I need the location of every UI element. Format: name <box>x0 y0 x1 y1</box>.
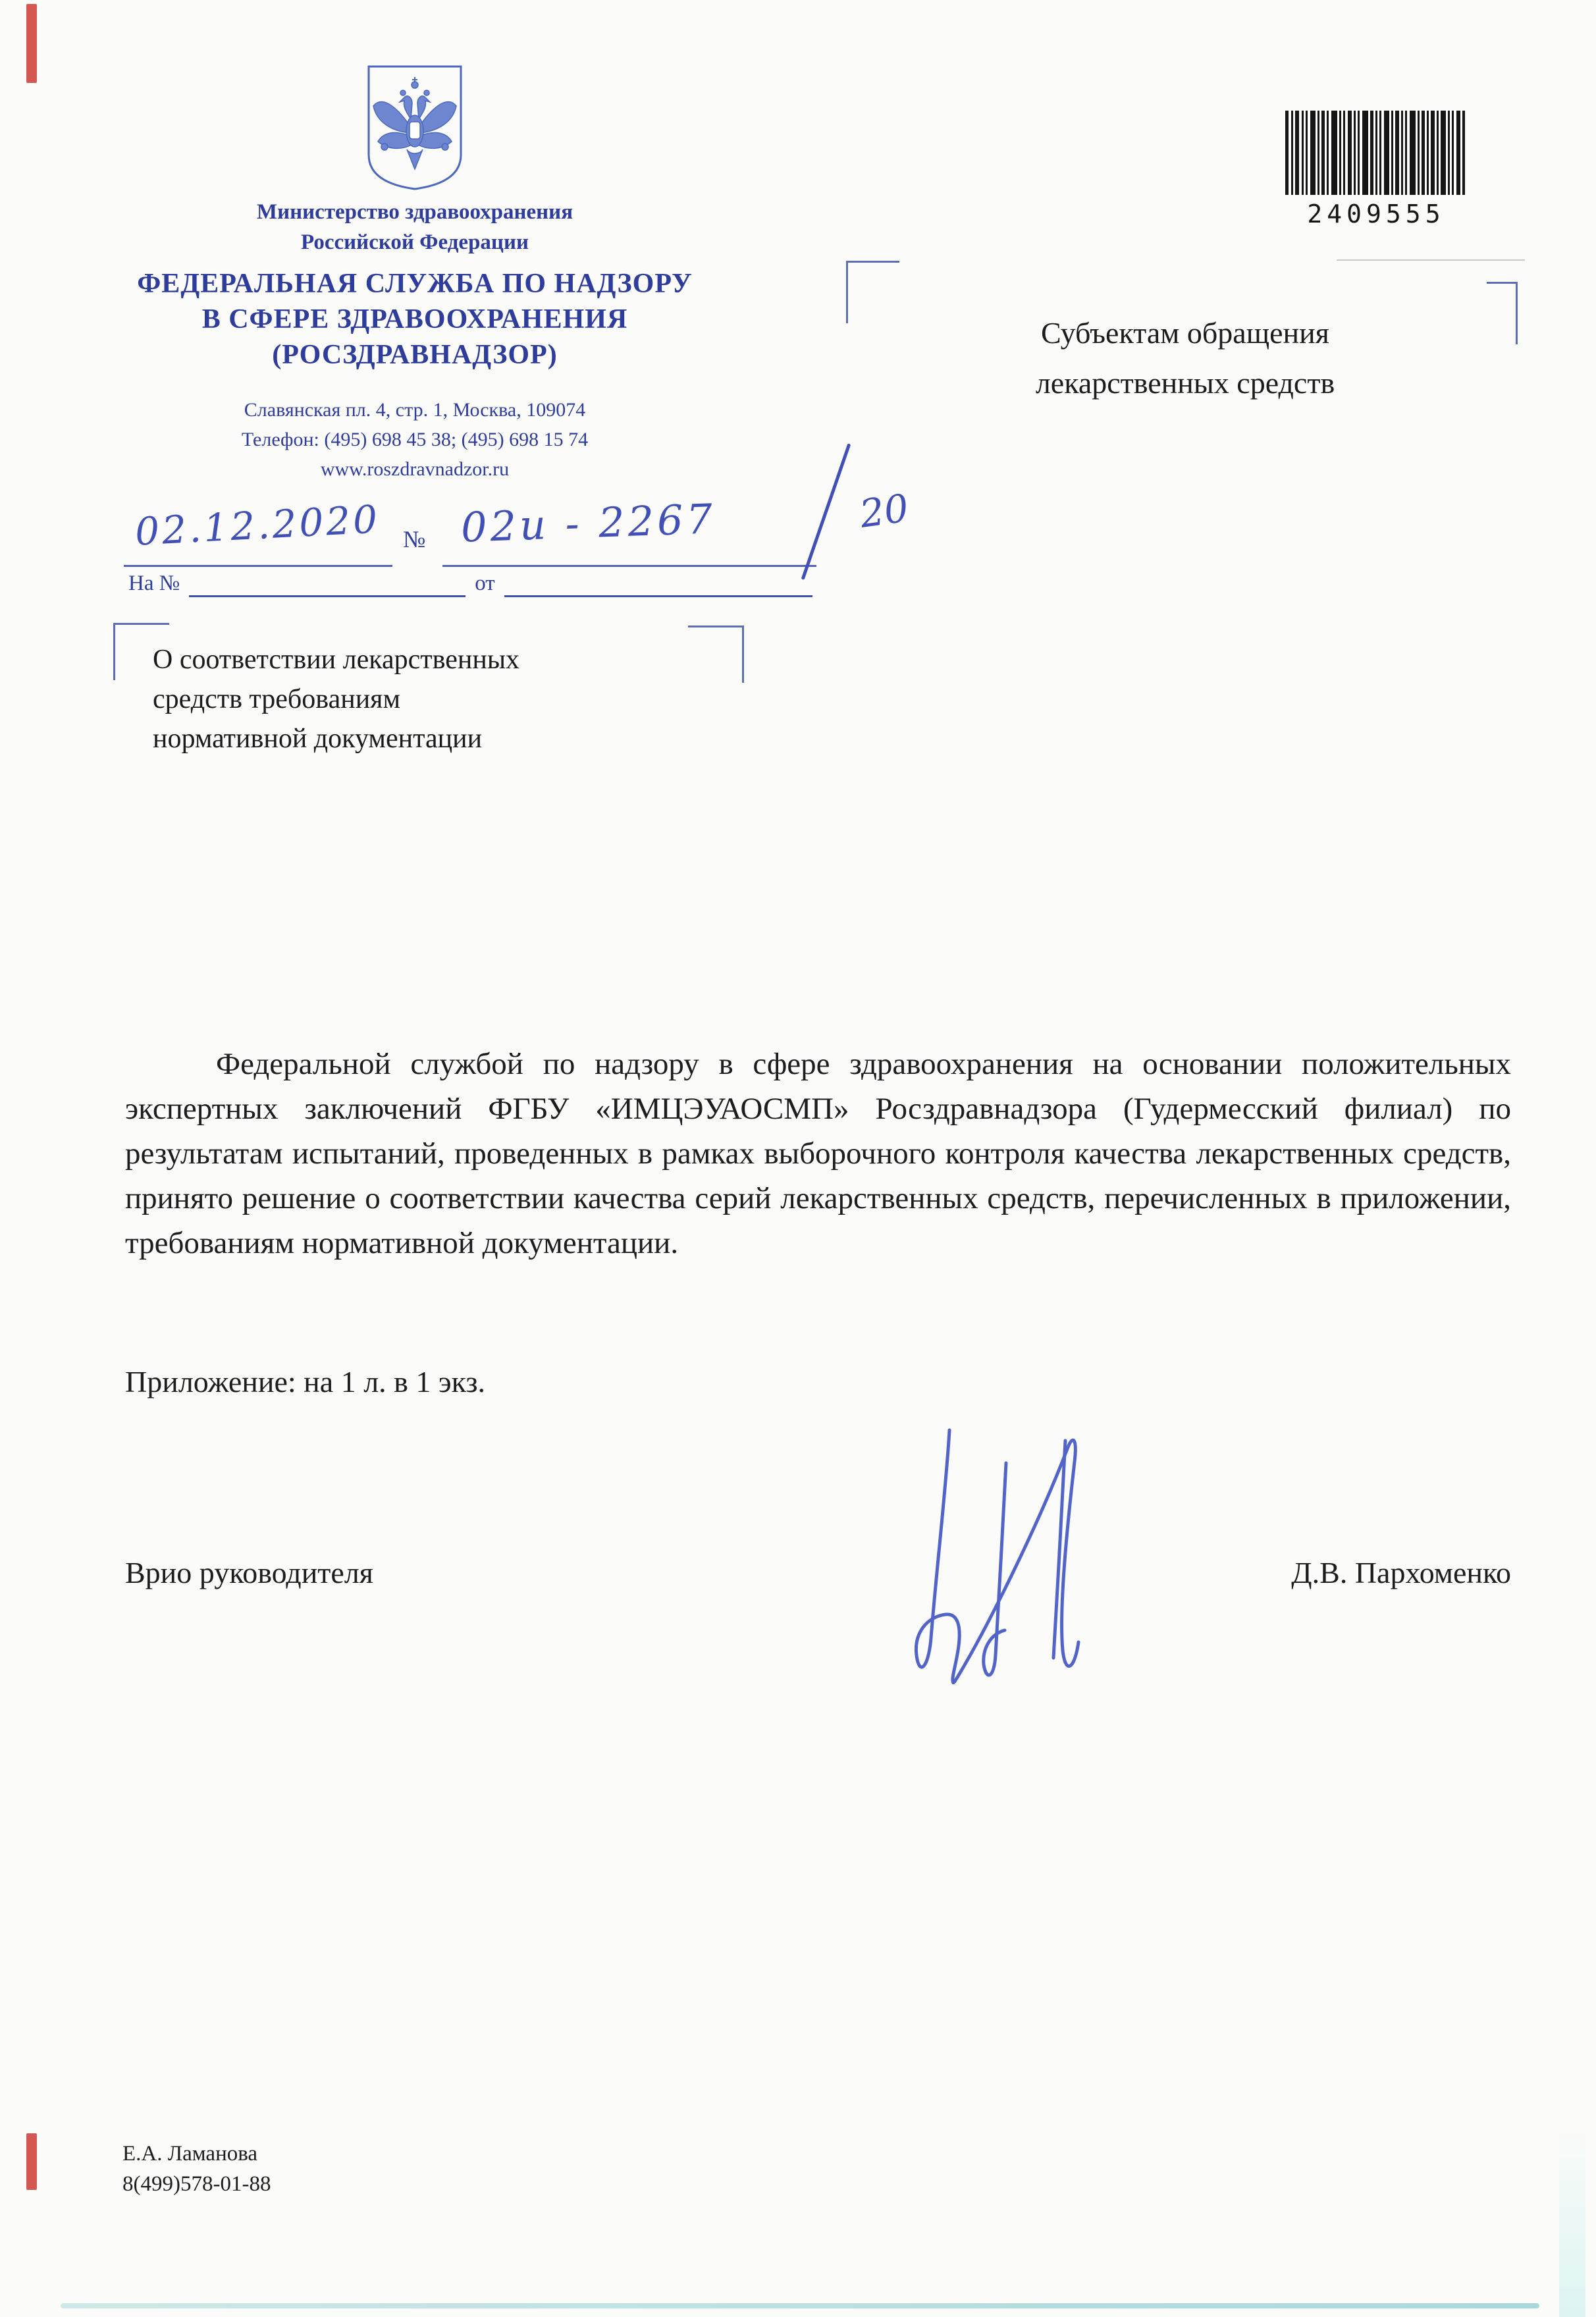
ministry-name-line2: Российской Федерации <box>125 229 705 255</box>
reply-date-blank <box>504 570 812 597</box>
handwritten-number: 02и - 2267 <box>460 494 716 551</box>
body-paragraph: Федеральной службой по надзору в сфере з… <box>125 1042 1511 1265</box>
reply-number-label: На № <box>128 572 180 597</box>
coat-of-arms-icon <box>362 63 467 195</box>
red-edge-mark-bottom <box>26 2133 37 2190</box>
signature-scribble <box>909 1421 1126 1688</box>
phone-numbers: Телефон: (495) 698 45 38; (495) 698 15 7… <box>125 425 705 454</box>
reply-number-blank <box>189 570 465 597</box>
subject-line3: нормативной документации <box>153 719 686 759</box>
executor-name: Е.А. Ламанова <box>122 2139 271 2169</box>
letterhead: Министерство здравоохранения Российской … <box>125 63 705 484</box>
addressee-line1: Субъектам обращения <box>968 308 1402 358</box>
ministry-name-line1: Министерство здравоохранения <box>125 199 705 225</box>
addressee-block: Субъектам обращения лекарственных средст… <box>968 308 1402 408</box>
reply-from-label: от <box>475 572 495 597</box>
faint-scan-line <box>1337 259 1525 261</box>
attachment-note: Приложение: на 1 л. в 1 экз. <box>125 1364 485 1399</box>
handwritten-number-suffix: 20 <box>857 485 912 537</box>
signer-name: Д.В. Пархоменко <box>1235 1555 1511 1590</box>
postal-address: Славянская пл. 4, стр. 1, Москва, 109074 <box>125 395 705 425</box>
service-name-line1: ФЕДЕРАЛЬНАЯ СЛУЖБА ПО НАДЗОРУ <box>125 266 705 302</box>
subject-block: О соответствии лекарственных средств тре… <box>153 640 686 759</box>
service-name-line2: В СФЕРЕ ЗДРАВООХРАНЕНИЯ <box>125 302 705 337</box>
addressee-corner-left <box>846 261 899 323</box>
red-edge-mark-top <box>26 4 37 83</box>
handwritten-date: 02.12.2020 <box>134 496 381 554</box>
handwritten-slash <box>801 443 851 580</box>
addressee-corner-right <box>1487 282 1518 344</box>
service-name-line3: (РОСЗДРАВНАДЗОР) <box>125 337 705 373</box>
addressee-line2: лекарственных средств <box>968 358 1402 408</box>
subject-line2: средств требованиям <box>153 679 686 719</box>
date-underline <box>124 565 392 567</box>
number-underline <box>442 565 816 567</box>
subject-line1: О соответствии лекарственных <box>153 640 686 679</box>
reply-reference-line: На № от <box>128 570 822 597</box>
barcode: 2409555 <box>1285 111 1467 228</box>
barcode-bars <box>1285 111 1467 195</box>
number-sign: № <box>403 525 425 553</box>
right-edge-scan-band <box>1559 2120 1585 2317</box>
executor-block: Е.А. Ламанова 8(499)578-01-88 <box>122 2139 271 2199</box>
bottom-scan-line <box>61 2303 1539 2308</box>
barcode-number: 2409555 <box>1285 200 1467 228</box>
subject-corner-right <box>688 626 744 683</box>
executor-phone: 8(499)578-01-88 <box>122 2169 271 2199</box>
signer-title: Врио руководителя <box>125 1555 373 1590</box>
website: www.roszdravnadzor.ru <box>125 454 705 484</box>
scanned-letter-page: Министерство здравоохранения Российской … <box>0 0 1596 2317</box>
